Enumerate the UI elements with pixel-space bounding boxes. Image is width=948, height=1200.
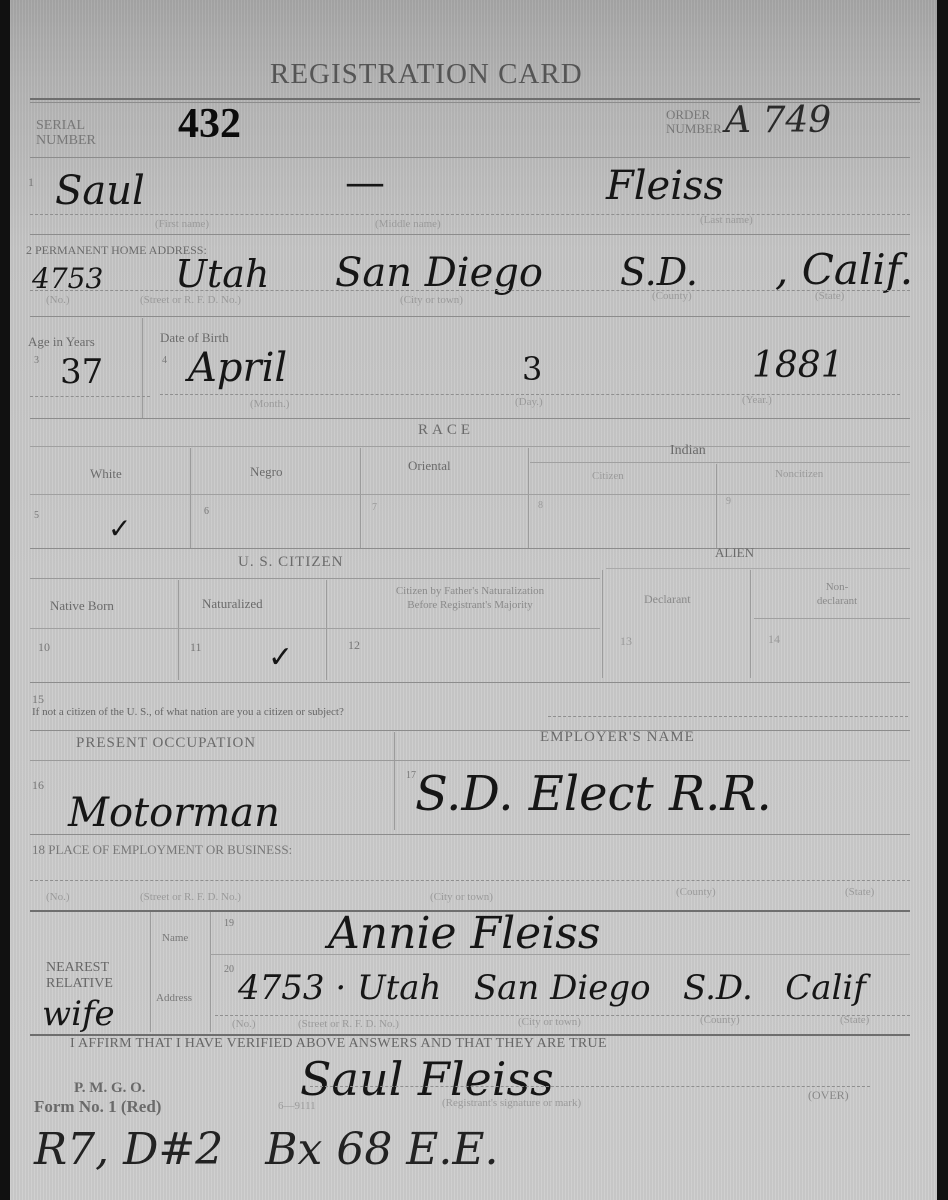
street-label: (Street or R. F. D. No.) xyxy=(140,294,241,306)
divider xyxy=(606,568,910,569)
field-number: 20 xyxy=(224,964,234,975)
divider xyxy=(394,732,395,830)
divider xyxy=(160,394,900,395)
order-label-line: NUMBER xyxy=(666,122,722,136)
race-indian-citizen-label: Citizen xyxy=(592,470,624,482)
divider xyxy=(530,462,910,463)
archive-annotation: R7, D#2 Bx 68 E.E. xyxy=(34,1124,499,1175)
last-name: Fleiss xyxy=(606,163,724,209)
father-naturalization-label: Citizen by Father's Naturalization Befor… xyxy=(350,584,590,612)
address-county: S.D. xyxy=(620,250,698,294)
no-label: (No.) xyxy=(46,891,70,903)
age-label: Age in Years xyxy=(28,334,95,350)
divider xyxy=(326,580,327,680)
relation-value: wife xyxy=(42,994,115,1034)
divider xyxy=(30,418,910,419)
field-number: 3 xyxy=(34,355,39,366)
nearest-relative-heading: NEAREST RELATIVE xyxy=(46,960,113,992)
field-number: 12 xyxy=(348,638,360,653)
order-label: ORDER NUMBER xyxy=(666,108,722,136)
birth-month: April xyxy=(188,345,287,391)
birth-label: Date of Birth xyxy=(160,330,229,346)
field-number: 6 xyxy=(204,506,209,517)
field-number: 16 xyxy=(32,778,44,793)
race-negro-label: Negro xyxy=(250,464,283,480)
place-of-employment-line xyxy=(30,880,910,881)
day-label: (Day.) xyxy=(515,396,543,408)
first-name-label: (First name) xyxy=(155,218,209,230)
serial-label-line: NUMBER xyxy=(36,133,96,148)
birth-year: 1881 xyxy=(752,345,844,386)
field-number: 7 xyxy=(372,502,377,513)
last-name-label: (Last name) xyxy=(700,214,753,226)
label-line: declarant xyxy=(792,594,882,608)
state-label: (State) xyxy=(815,290,844,302)
divider xyxy=(30,834,910,835)
divider xyxy=(30,214,910,215)
field-number: 13 xyxy=(620,634,632,649)
form-agency: P. M. G. O. xyxy=(74,1080,146,1097)
serial-label: SERIAL NUMBER xyxy=(36,118,96,148)
county-label: (County) xyxy=(652,290,692,302)
divider xyxy=(178,580,179,680)
field-number: 5 xyxy=(34,510,39,521)
divider xyxy=(30,682,910,683)
divider xyxy=(30,234,910,235)
non-declarant-label: Non- declarant xyxy=(792,580,882,608)
field-number: 15 xyxy=(32,692,44,707)
divider xyxy=(142,318,143,418)
field-number: 8 xyxy=(538,500,543,511)
nation-question: If not a citizen of the U. S., of what n… xyxy=(32,706,344,718)
affirmation-text: I AFFIRM THAT I HAVE VERIFIED ABOVE ANSW… xyxy=(70,1036,607,1052)
race-white-mark: ✓ xyxy=(108,512,131,545)
county-label: (County) xyxy=(676,886,716,898)
divider xyxy=(30,290,910,291)
signature-line xyxy=(310,1086,870,1087)
occupation-value: Motorman xyxy=(68,790,280,836)
nation-answer-line xyxy=(548,716,908,717)
relative-name: Annie Fleiss xyxy=(328,908,600,959)
county-label: (County) xyxy=(700,1014,740,1026)
place-of-employment-label: 18 PLACE OF EMPLOYMENT OR BUSINESS: xyxy=(32,842,292,858)
city-label: (City or town) xyxy=(400,294,463,306)
middle-name: — xyxy=(345,160,385,206)
month-label: (Month.) xyxy=(250,398,289,410)
form-code: 6—9111 xyxy=(278,1100,316,1112)
relative-address-label: Address xyxy=(156,992,192,1004)
relative-name-label: Name xyxy=(162,932,188,944)
middle-name-label: (Middle name) xyxy=(375,218,441,230)
divider xyxy=(528,448,529,548)
us-citizen-heading: U. S. CITIZEN xyxy=(238,554,344,571)
year-label: (Year.) xyxy=(742,394,772,406)
naturalized-mark: ✓ xyxy=(268,640,293,675)
field-number: 14 xyxy=(768,632,780,647)
relative-address: 4753 · Utah San Diego S.D. Calif xyxy=(238,968,866,1008)
race-heading: RACE xyxy=(418,422,474,439)
divider xyxy=(360,448,361,548)
label-line: Non- xyxy=(792,580,882,594)
state-label: (State) xyxy=(845,886,874,898)
divider xyxy=(210,912,211,1032)
divider xyxy=(30,578,600,579)
label-line: Citizen by Father's Naturalization xyxy=(350,584,590,598)
order-number: A 749 xyxy=(725,100,831,141)
employer-value: S.D. Elect R.R. xyxy=(415,766,772,822)
divider xyxy=(30,446,910,447)
divider xyxy=(30,760,910,761)
no-label: (No.) xyxy=(232,1018,256,1030)
divider xyxy=(150,912,151,1032)
divider xyxy=(716,464,717,548)
street-label: (Street or R. F. D. No.) xyxy=(298,1018,399,1030)
city-label: (City or town) xyxy=(518,1016,581,1028)
divider xyxy=(602,570,603,678)
address-state: , Calif. xyxy=(775,245,913,294)
divider xyxy=(190,448,191,548)
over-label: (OVER) xyxy=(808,1088,849,1103)
divider xyxy=(754,618,910,619)
no-label: (No.) xyxy=(46,294,70,306)
age-value: 37 xyxy=(60,352,103,392)
race-indian-noncitizen-label: Noncitizen xyxy=(775,468,823,480)
first-name: Saul xyxy=(55,168,145,214)
signature-label: (Registrant's signature or mark) xyxy=(442,1097,581,1109)
label-line: Before Registrant's Majority xyxy=(350,598,590,612)
field-number: 11 xyxy=(190,640,202,655)
alien-heading: ALIEN xyxy=(715,545,754,561)
divider xyxy=(30,494,910,495)
registration-card: REGISTRATION CARD SERIAL NUMBER 432 ORDE… xyxy=(10,0,937,1200)
field-number: 1 xyxy=(28,175,34,190)
street-label: (Street or R. F. D. No.) xyxy=(140,891,241,903)
occupation-heading: PRESENT OCCUPATION xyxy=(76,735,256,752)
divider xyxy=(30,316,910,317)
divider xyxy=(30,548,910,549)
race-white-label: White xyxy=(90,466,122,482)
race-oriental-label: Oriental xyxy=(408,458,451,474)
city-label: (City or town) xyxy=(430,891,493,903)
divider xyxy=(750,570,751,678)
field-number: 19 xyxy=(224,918,234,929)
divider xyxy=(210,954,910,955)
serial-number: 432 xyxy=(178,100,241,148)
card-title: REGISTRATION CARD xyxy=(270,58,583,91)
label-line: NEAREST xyxy=(46,960,113,976)
birth-day: 3 xyxy=(522,350,542,388)
divider xyxy=(30,628,600,629)
indian-heading: Indian xyxy=(670,443,706,459)
divider xyxy=(30,730,910,731)
serial-label-line: SERIAL xyxy=(36,118,96,133)
field-number: 9 xyxy=(726,496,731,507)
divider xyxy=(30,157,910,158)
declarant-label: Declarant xyxy=(644,592,691,607)
form-number: Form No. 1 (Red) xyxy=(34,1097,161,1117)
order-label-line: ORDER xyxy=(666,108,722,122)
field-number: 10 xyxy=(38,640,50,655)
native-born-label: Native Born xyxy=(50,598,114,614)
divider xyxy=(30,396,150,397)
employer-heading: EMPLOYER'S NAME xyxy=(540,729,695,746)
state-label: (State) xyxy=(840,1014,869,1026)
label-line: RELATIVE xyxy=(46,976,113,992)
field-number: 4 xyxy=(162,355,167,366)
naturalized-label: Naturalized xyxy=(202,596,263,612)
